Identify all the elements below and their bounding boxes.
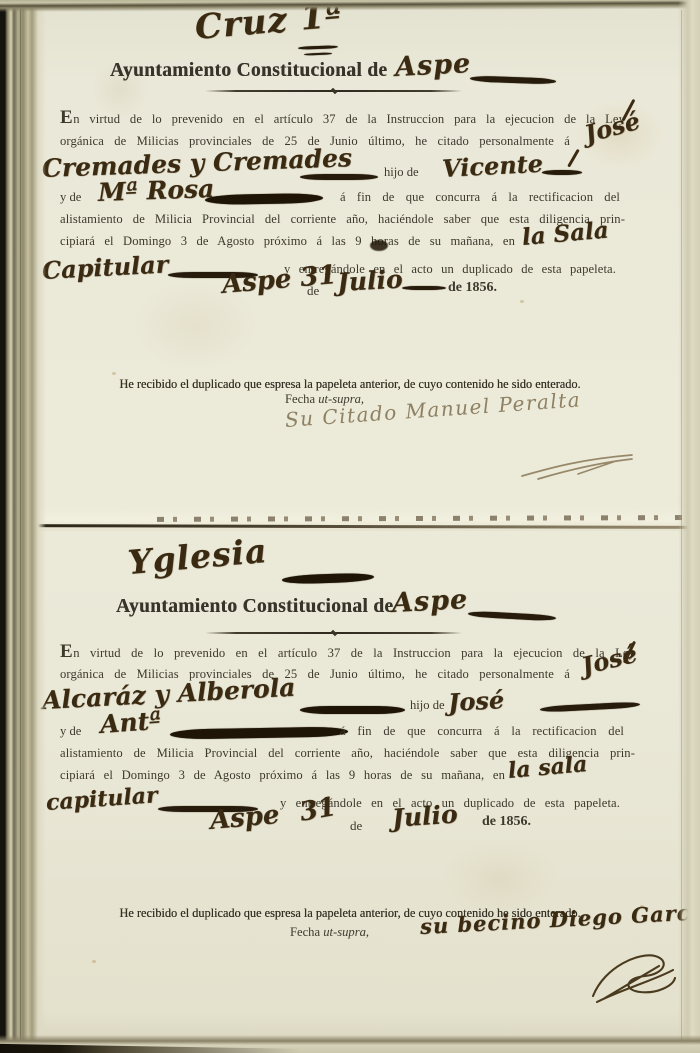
town-handwritten: Aspe	[391, 584, 469, 619]
fecha-label: Fecha	[290, 925, 320, 939]
father-name-handwritten: José	[447, 685, 505, 717]
date-town-handwritten: Aspe	[209, 800, 281, 836]
signature-rubric	[585, 946, 680, 1006]
book-binding-edge	[0, 0, 46, 1053]
ut-supra-label: ut-supra,	[323, 925, 369, 939]
ink-stroke	[468, 611, 556, 622]
body-line-2: orgánica de Milicias provinciales de 25 …	[60, 667, 570, 682]
date-month-handwritten: Julio	[391, 799, 459, 833]
papeleta-form-2: Yglesia Ayuntamiento Constitucional de A…	[0, 0, 700, 1053]
body-line-4: á fin de que concurra á la rectificacion…	[340, 724, 624, 739]
body-line-6: cipiará el Domingo 3 de Agosto próximo á…	[60, 768, 505, 783]
body-line-1: En virtud de lo prevenido en el artículo…	[60, 644, 635, 661]
date-year-label: de 1856.	[482, 814, 531, 830]
form-title: Ayuntamiento Constitucional de	[116, 596, 393, 618]
ink-stroke	[300, 706, 405, 714]
ink-stroke	[170, 726, 348, 739]
date-de-label: de	[350, 818, 362, 834]
ink-stroke	[540, 701, 640, 712]
mother-name-handwritten: Antª	[99, 706, 162, 739]
place-handwritten-2: capitular	[45, 782, 158, 816]
date-day-handwritten: 31	[297, 792, 338, 828]
fecha-line: Fecha ut-supra,	[290, 925, 369, 940]
hijo-de-label: hijo de	[410, 698, 445, 713]
ink-stroke	[282, 572, 374, 584]
recipient-signature: su becino Diego Garcia	[419, 899, 700, 939]
district-handwritten: Yglesia	[126, 531, 269, 582]
y-de-label: y de	[60, 724, 81, 739]
scanned-document-page: Cruz 1ª Ayuntamiento Constitucional de A…	[0, 0, 700, 1053]
title-rule	[205, 632, 462, 634]
page-right-edge	[678, 0, 700, 1053]
place-handwritten: la sala	[507, 751, 588, 784]
